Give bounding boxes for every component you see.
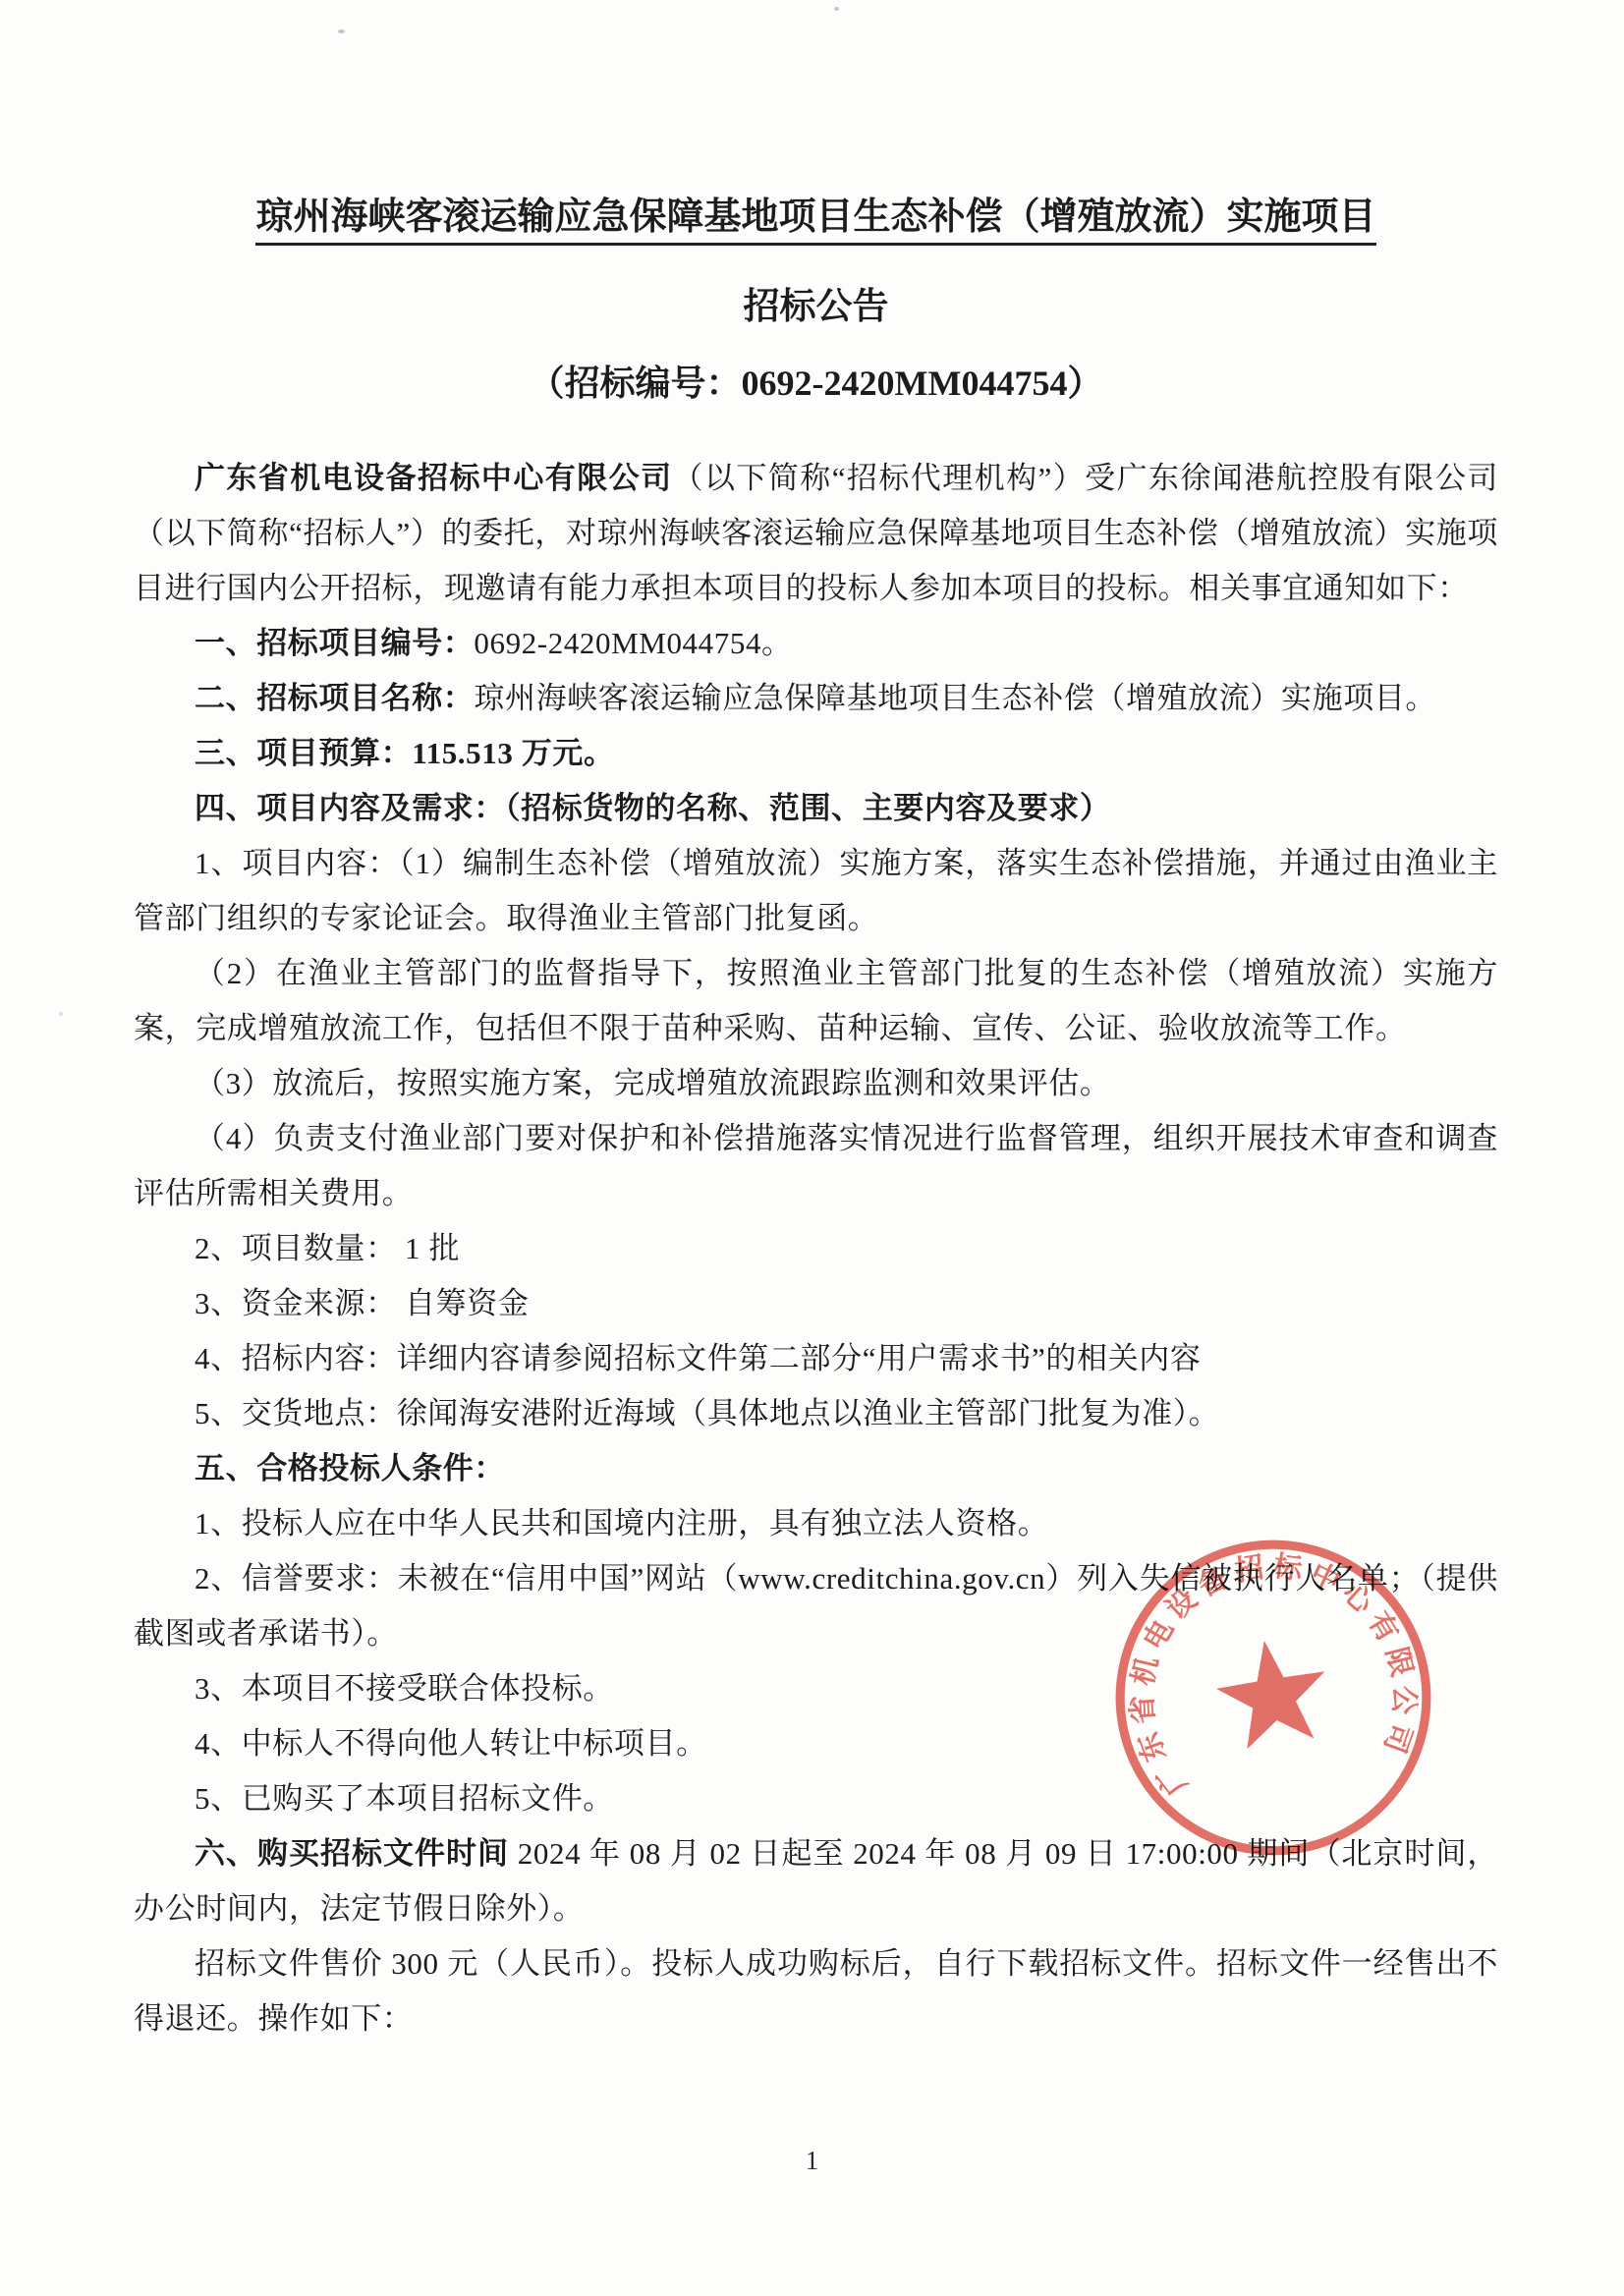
document-subtitle: 招标公告: [134, 276, 1498, 329]
sub-item-content-3: （3）放流后，按照实施方案，完成增殖放流跟踪监测和效果评估。: [134, 1056, 1498, 1111]
item-2-project-name: 二、招标项目名称：琼州海峡客滚运输应急保障基地项目生态补偿（增殖放流）实施项目。: [134, 671, 1498, 726]
document-title: 琼州海峡客滚运输应急保障基地项目生态补偿（增殖放流）实施项目: [134, 193, 1498, 243]
sub-item-qualification-3: 3、本项目不接受联合体投标。: [134, 1661, 1498, 1716]
body-text: 广东省机电设备招标中心有限公司（以下简称“招标代理机构”）受广东徐闻港航控股有限…: [134, 451, 1498, 2046]
item-4-content-heading: 四、项目内容及需求：（招标货物的名称、范围、主要内容及要求）: [134, 781, 1498, 836]
sub-item-tender-content: 4、招标内容：详细内容请参阅招标文件第二部分“用户需求书”的相关内容: [134, 1331, 1498, 1386]
document-page: 琼州海峡客滚运输应急保障基地项目生态补偿（增殖放流）实施项目 招标公告 （招标编…: [0, 0, 1624, 2296]
sub-item-content-4: （4）负责支付渔业部门要对保护和补偿措施落实情况进行监督管理，组织开展技术审查和…: [134, 1111, 1498, 1221]
scan-speck: [834, 7, 839, 11]
item-3-budget: 三、项目预算：115.513 万元。: [134, 726, 1498, 781]
item-6-purchase-time: 六、购买招标文件时间 2024 年 08 月 02 日起至 2024 年 08 …: [134, 1826, 1498, 1936]
para-document-price: 招标文件售价 300 元（人民币）。投标人成功购标后，自行下载招标文件。招标文件…: [134, 1936, 1498, 2046]
document-title-text: 琼州海峡客滚运输应急保障基地项目生态补偿（增殖放流）实施项目: [255, 196, 1375, 246]
page-number: 1: [0, 2146, 1624, 2176]
sub-item-content-2: （2）在渔业主管部门的监督指导下，按照渔业主管部门批复的生态补偿（增殖放流）实施…: [134, 946, 1498, 1056]
para-intro: 广东省机电设备招标中心有限公司（以下简称“招标代理机构”）受广东徐闻港航控股有限…: [134, 451, 1498, 616]
scan-speck: [338, 29, 345, 33]
sub-item-qualification-5: 5、已购买了本项目招标文件。: [134, 1771, 1498, 1826]
sub-item-qualification-1: 1、投标人应在中华人民共和国境内注册，具有独立法人资格。: [134, 1496, 1498, 1551]
tender-number-line: （招标编号：0692-2420MM044754）: [134, 356, 1498, 406]
sub-item-funding: 3、资金来源： 自筹资金: [134, 1276, 1498, 1331]
sub-item-qualification-4: 4、中标人不得向他人转让中标项目。: [134, 1716, 1498, 1771]
document-content: 琼州海峡客滚运输应急保障基地项目生态补偿（增殖放流）实施项目 招标公告 （招标编…: [134, 193, 1498, 2046]
item-5-qualification-heading: 五、合格投标人条件：: [134, 1441, 1498, 1496]
sub-item-quantity: 2、项目数量： 1 批: [134, 1221, 1498, 1276]
item-1-project-number: 一、招标项目编号：0692-2420MM044754。: [134, 616, 1498, 671]
sub-item-content-1: 1、项目内容：（1）编制生态补偿（增殖放流）实施方案，落实生态补偿措施，并通过由…: [134, 836, 1498, 946]
scan-speck: [59, 1012, 63, 1016]
sub-item-qualification-2: 2、信誉要求：未被在“信用中国”网站（www.creditchina.gov.c…: [134, 1551, 1498, 1661]
sub-item-delivery-place: 5、交货地点：徐闻海安港附近海域（具体地点以渔业主管部门批复为准）。: [134, 1386, 1498, 1441]
